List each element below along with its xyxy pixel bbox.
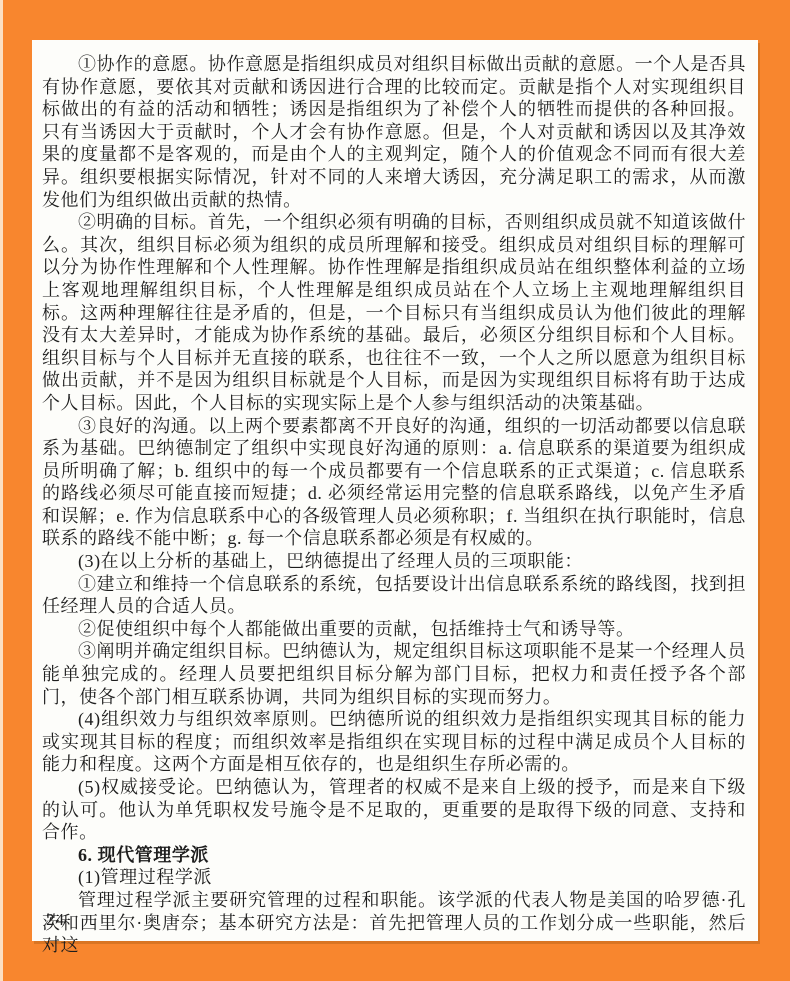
paragraph-three-manager-functions-intro: (3)在以上分析的基础上，巴纳德提出了经理人员的三项职能： bbox=[42, 550, 746, 573]
paragraph-cooperation-willingness: ①协作的意愿。协作意愿是指组织成员对组织目标做出贡献的意愿。一个人是否具有协作意… bbox=[42, 53, 746, 211]
paragraph-clear-goals: ②明确的目标。首先，一个组织必须有明确的目标，否则组织成员就不知道该做什么。其次… bbox=[42, 211, 746, 414]
paragraph-authority-acceptance: (5)权威接受论。巴纳德认为，管理者的权威不是来自上级的授予，而是来自下级的认可… bbox=[42, 776, 746, 844]
paragraph-function-1: ①建立和维持一个信息联系的系统，包括要设计出信息联系系统的路线图，找到担任经理人… bbox=[42, 573, 746, 618]
paragraph-effectiveness-efficiency: (4)组织效力与组织效率原则。巴纳德所说的组织效力是指组织实现其目标的能力或实现… bbox=[42, 708, 746, 776]
page-number: 24 bbox=[46, 910, 65, 930]
page-content: ①协作的意愿。协作意愿是指组织成员对组织目标做出贡献的意愿。一个人是否具有协作意… bbox=[32, 40, 758, 957]
paragraph-function-2: ②促使组织中每个人都能做出重要的贡献，包括维持士气和诱导等。 bbox=[42, 618, 746, 641]
section-heading-modern-management-school: 6. 现代管理学派 bbox=[42, 844, 746, 867]
paragraph-function-3: ③阐明并确定组织目标。巴纳德认为，规定组织目标这项职能不是某一个经理人员能单独完… bbox=[42, 640, 746, 708]
book-page: ①协作的意愿。协作意愿是指组织成员对组织目标做出贡献的意愿。一个人是否具有协作意… bbox=[32, 40, 758, 941]
scan-left-edge bbox=[0, 0, 3, 981]
paragraph-management-process-school-body: 管理过程学派主要研究管理的过程和职能。该学派的代表人物是美国的哈罗德·孔茨和西里… bbox=[42, 889, 746, 957]
paragraph-good-communication: ③良好的沟通。以上两个要素都离不开良好的沟通，组织的一切活动都要以信息联系为基础… bbox=[42, 415, 746, 551]
subsection-management-process-school: (1)管理过程学派 bbox=[42, 866, 746, 889]
